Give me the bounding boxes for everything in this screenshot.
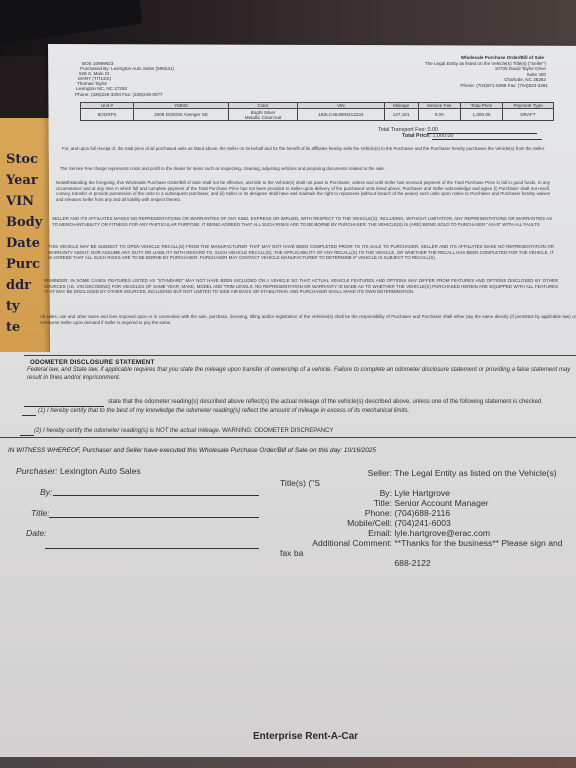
purchaser-title-field[interactable] (49, 517, 259, 518)
seller-field: Email: lyle.hartgrove@erac.com (280, 528, 576, 538)
purchaser-title-label: Title: (31, 508, 50, 518)
terms-warranty: SELLER AND ITS AFFILIATES MAKES NO REPRE… (52, 216, 552, 227)
underlying-label: Stoc (6, 152, 38, 167)
seller-block: Seller: The Legal Entity as listed on th… (280, 468, 576, 568)
seller-field: Title: Senior Account Manager (280, 498, 576, 508)
odometer-intro: Federal law, and State law, if applicabl… (27, 366, 576, 382)
terms-taxes: All sales, use and other taxes and fees … (40, 314, 576, 325)
terms-features: REMINDER: IN SOME CASES FEATURES LISTED … (44, 278, 558, 295)
purchaser-city: Lexington NC, NC 27292 (76, 86, 127, 92)
document-title: Wholesale Purchase Order/Bill of Sale (461, 55, 544, 61)
purchaser-name: Lexington Auto Sales (60, 466, 141, 476)
terms-service-fee: The Service Fee charge represents costs … (60, 166, 548, 172)
purchaser-date-label: Date: (26, 528, 47, 538)
seller-phone: Phone: (704)971-5399 Fax: (704)523-3261 (460, 83, 548, 89)
price-value: 1,000.00 (432, 133, 542, 140)
unit-number: 8OGRP2 (81, 109, 134, 121)
underlying-label: te (6, 320, 20, 335)
seller-comment-line2: 688-2122 (280, 558, 576, 568)
terms-payment: Notwithstanding the foregoing, this Whol… (56, 180, 550, 202)
underlying-label: Date (6, 236, 40, 251)
underlying-label: Purc (6, 257, 40, 272)
terms-sale: For, and upon full receipt of, the total… (62, 146, 550, 152)
seller-city: Charlotte, NC 28262 (504, 77, 546, 83)
odometer-statement: state that the odometer reading(s) descr… (108, 398, 541, 406)
underlying-label: Body (6, 215, 42, 230)
odometer-option2: (2) I hereby certify the odometer readin… (34, 428, 220, 434)
total-price: 1,000.00 (460, 109, 502, 121)
underlying-label: VIN (6, 194, 34, 209)
color: Bright SilverMetallic Clearcoat (229, 109, 298, 121)
seller-field: Mobile/Cell: (704)241-6003 (280, 518, 576, 528)
odometer-option2-checkbox[interactable] (20, 435, 34, 436)
odometer-warning: WARNING: ODOMETER DISCREPANCY (222, 428, 333, 434)
purchaser-by-label: By: (40, 487, 52, 497)
purchaser-label: Purchaser: (16, 466, 58, 476)
purchaser-date-field[interactable] (45, 548, 259, 549)
seller-field: By: Lyle Hartgrove (280, 488, 576, 498)
purchaser-phone: Phone: (336)249-3304 Fax: (336)249-0077 (75, 92, 163, 98)
desk-edge (0, 757, 576, 768)
table-row: 8OGRP2 2008 DODGE Avenger SE Bright Silv… (81, 109, 554, 121)
seller-field: Seller: The Legal Entity as listed on th… (280, 468, 576, 488)
odometer-title: ODOMETER DISCLOSURE STATEMENT (30, 359, 155, 366)
witness-statement: IN WITNESS WHEREOF, Purchaser and Seller… (8, 447, 376, 454)
payment-type: DRAFT (503, 109, 554, 121)
underlying-label: ty (6, 299, 20, 314)
purchaser-row: Purchaser: Lexington Auto Sales (16, 466, 141, 476)
odometer-bottom-rule (0, 437, 576, 438)
mileage: 127,191 (384, 109, 418, 121)
underlying-label: ddr (6, 278, 31, 293)
color-line2: Metallic Clearcoat (245, 115, 282, 120)
company-footer: Enterprise Rent-A-Car (253, 731, 358, 742)
odometer-option2-row: (2) I hereby certify the odometer readin… (34, 427, 333, 435)
vin: 1B3LC46J08N213234 (297, 109, 384, 121)
ymms: 2008 DODGE Avenger SE (133, 109, 228, 121)
seller-address: 10735 David Taylor Drive (495, 66, 546, 72)
terms-recall: THIS VEHICLE MAY BE SUBJECT TO OPEN VEHI… (48, 244, 554, 261)
units-table: Unit # YMMS Color VIN Mileage Service Fe… (80, 102, 554, 121)
seller-field: Phone: (704)688-2116 (280, 508, 576, 518)
service-fee: 0.00 (418, 109, 460, 121)
total-price-summary: Total Price: 1,000.00 (402, 133, 542, 140)
seller-field: Additional Comment: **Thanks for the bus… (280, 538, 576, 558)
purchaser-by-signature[interactable] (53, 495, 259, 496)
odometer-option1-checkbox[interactable] (22, 415, 36, 416)
odometer-option1: (1) I hereby certify that to the best of… (38, 407, 409, 415)
underlying-label: Year (6, 173, 38, 188)
price-label: Total Price: (402, 133, 431, 139)
seller-email-link[interactable]: lyle.hartgrove@erac.com (394, 528, 490, 538)
odometer-top-rule (24, 355, 576, 356)
